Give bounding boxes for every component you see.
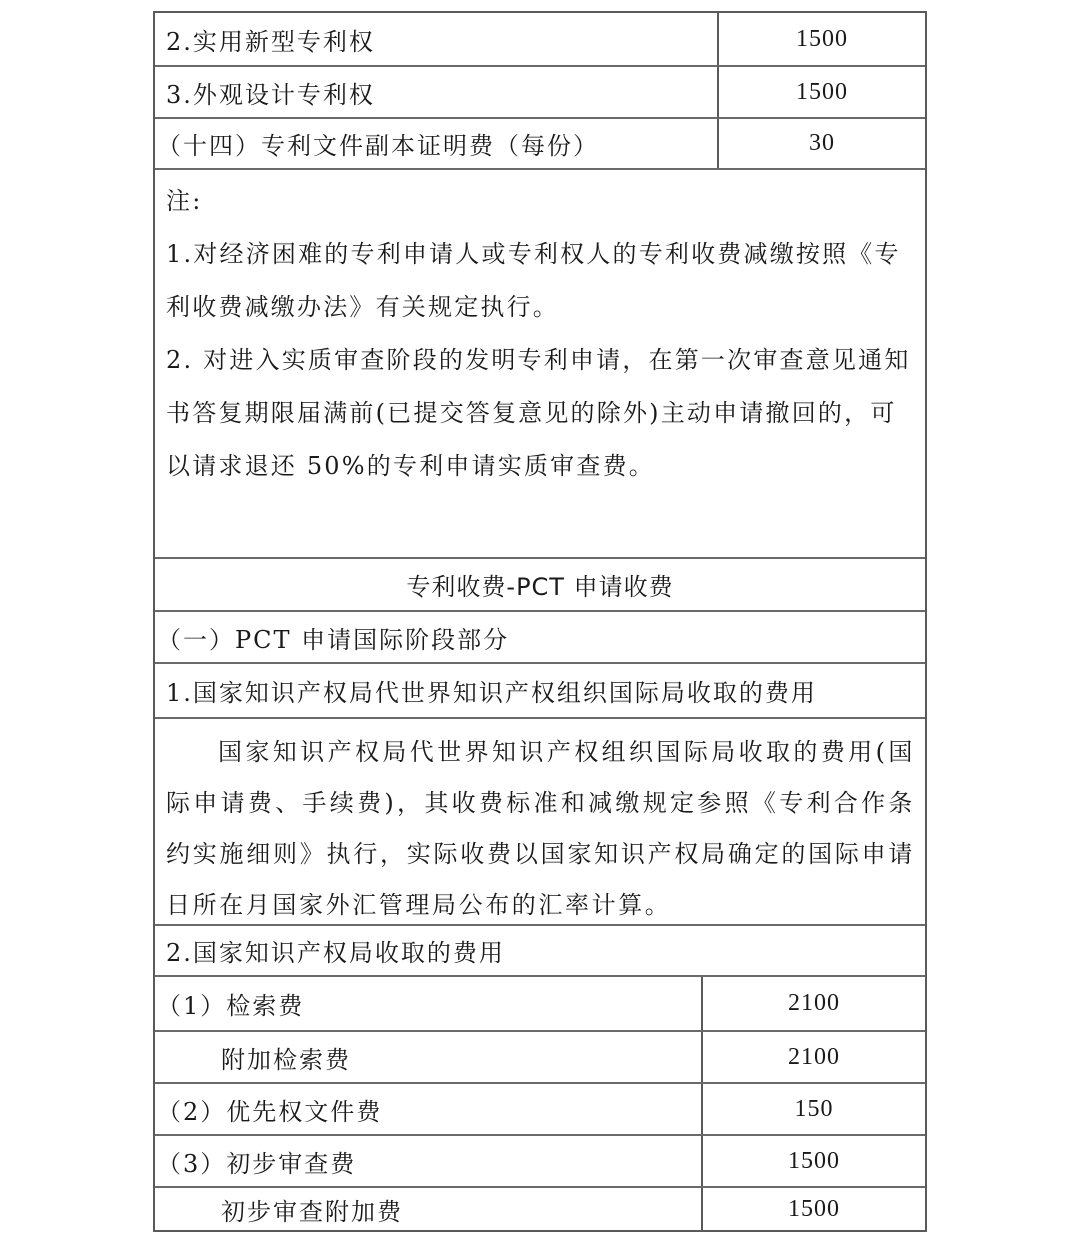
subsection-heading: （一）PCT 申请国际阶段部分 xyxy=(155,612,925,662)
fee-amount: 30 xyxy=(717,119,925,168)
fee-row-preliminary-exam: （3）初步审查费 1500 xyxy=(155,1136,925,1188)
fee-amount: 2100 xyxy=(701,1032,925,1082)
pct-section-title-row: 专利收费-PCT 申请收费 xyxy=(155,559,925,612)
fee-amount: 1500 xyxy=(701,1136,925,1186)
pct-subsection-row: （一）PCT 申请国际阶段部分 xyxy=(155,612,925,664)
fee-row-search: （1）检索费 2100 xyxy=(155,977,925,1032)
section-title: 专利收费-PCT 申请收费 xyxy=(155,559,925,610)
fee-label: （1）检索费 xyxy=(155,977,701,1030)
item-heading: 2.国家知识产权局收取的费用 xyxy=(155,926,925,975)
fee-row-copy-certificate: （十四）专利文件副本证明费（每份） 30 xyxy=(155,119,925,170)
fee-label: 2.实用新型专利权 xyxy=(155,13,717,65)
fee-row-additional-search: 附加检索费 2100 xyxy=(155,1032,925,1084)
note-item: 2. 对进入实质审查阶段的发明专利申请，在第一次审查意见通知书答复期限届满前(已… xyxy=(166,334,915,493)
fee-amount: 1500 xyxy=(717,13,925,65)
note-item: 1.对经济困难的专利申请人或专利权人的专利收费减缴按照《专利收费减缴办法》有关规… xyxy=(166,228,915,334)
fee-row-priority-document: （2）优先权文件费 150 xyxy=(155,1084,925,1136)
fee-table: 2.实用新型专利权 1500 3.外观设计专利权 1500 （十四）专利文件副本… xyxy=(153,11,927,1232)
fee-label: 初步审查附加费 xyxy=(155,1188,701,1230)
fee-row-additional-preliminary-exam: 初步审查附加费 1500 xyxy=(155,1188,925,1230)
fee-label: 3.外观设计专利权 xyxy=(155,67,717,117)
fee-row-utility-model: 2.实用新型专利权 1500 xyxy=(155,13,925,67)
fee-row-design: 3.外观设计专利权 1500 xyxy=(155,67,925,119)
item1-heading-row: 1.国家知识产权局代世界知识产权组织国际局收取的费用 xyxy=(155,664,925,719)
fee-label: 附加检索费 xyxy=(155,1032,701,1082)
notes-heading: 注: xyxy=(166,175,915,228)
item1-text-row: 国家知识产权局代世界知识产权组织国际局收取的费用(国际申请费、手续费)，其收费标… xyxy=(155,719,925,926)
notes-row: 注: 1.对经济困难的专利申请人或专利权人的专利收费减缴按照《专利收费减缴办法》… xyxy=(155,170,925,559)
item-paragraph: 国家知识产权局代世界知识产权组织国际局收取的费用(国际申请费、手续费)，其收费标… xyxy=(166,727,915,931)
item2-heading-row: 2.国家知识产权局收取的费用 xyxy=(155,926,925,977)
fee-amount: 2100 xyxy=(701,977,925,1030)
fee-amount: 1500 xyxy=(717,67,925,117)
notes-block: 注: 1.对经济困难的专利申请人或专利权人的专利收费减缴按照《专利收费减缴办法》… xyxy=(166,175,915,493)
fee-label: （十四）专利文件副本证明费（每份） xyxy=(155,119,717,168)
fee-amount: 150 xyxy=(701,1084,925,1134)
fee-amount: 1500 xyxy=(701,1188,925,1230)
item-heading: 1.国家知识产权局代世界知识产权组织国际局收取的费用 xyxy=(155,664,925,717)
fee-label: （2）优先权文件费 xyxy=(155,1084,701,1134)
fee-label: （3）初步审查费 xyxy=(155,1136,701,1186)
paragraph-text: 国家知识产权局代世界知识产权组织国际局收取的费用(国际申请费、手续费)，其收费标… xyxy=(166,727,915,931)
